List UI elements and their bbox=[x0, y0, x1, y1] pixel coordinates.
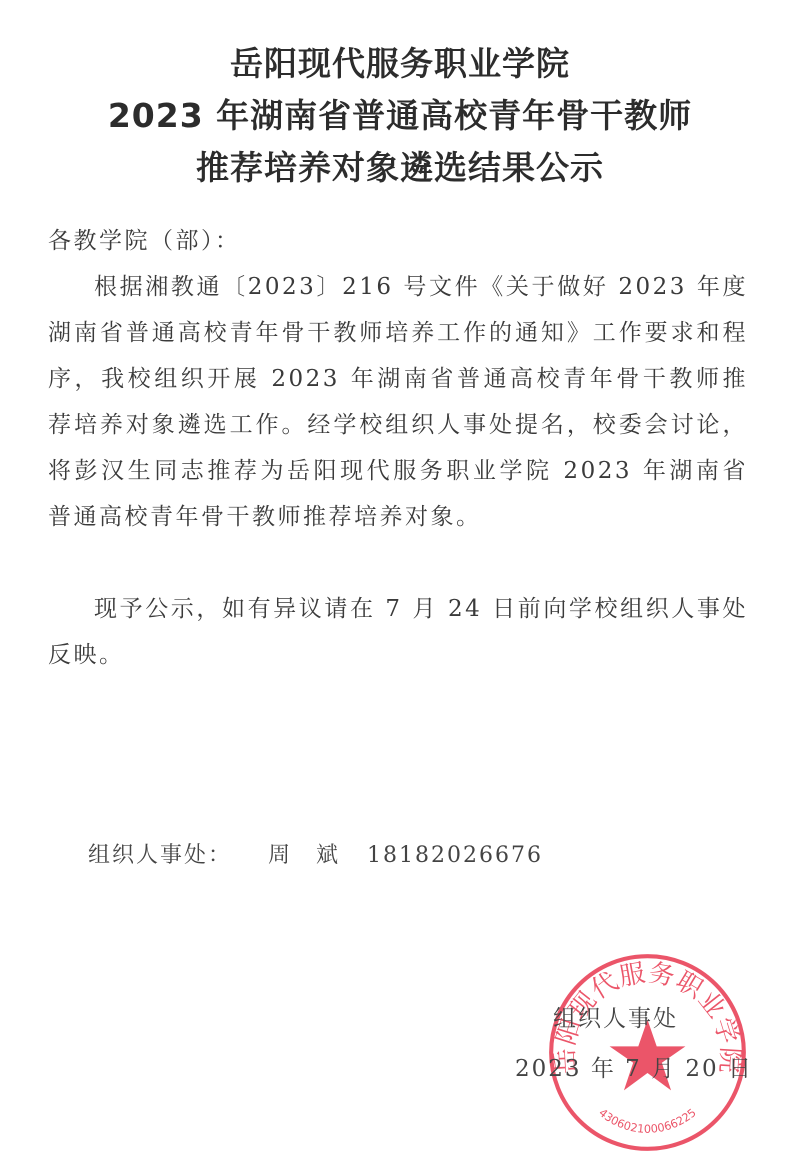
signature-department: 组织人事处 bbox=[553, 1000, 678, 1033]
title-line-1: 岳阳现代服务职业学院 bbox=[0, 44, 800, 84]
contact-line: 组织人事处： 周 斌 18182026676 bbox=[88, 838, 543, 869]
signature-date: 2023 年 7 月 20 日 bbox=[515, 1050, 753, 1083]
contact-phone: 18182026676 bbox=[367, 843, 543, 868]
title-line-3: 推荐培养对象遴选结果公示 bbox=[0, 148, 800, 188]
contact-label: 组织人事处： bbox=[88, 838, 232, 869]
paragraph-objection: 现予公示，如有异议请在 7 月 24 日前向学校组织人事处反映。 bbox=[48, 586, 748, 678]
svg-text:430602100066225: 430602100066225 bbox=[596, 1106, 698, 1136]
salutation: 各教学院（部）： bbox=[48, 218, 748, 264]
stamp-serial: 430602100066225 bbox=[596, 1106, 698, 1136]
paragraph-main: 根据湘教通〔2023〕216 号文件《关于做好 2023 年度湖南省普通高校青年… bbox=[48, 264, 748, 540]
title-line-2: 2023 年湖南省普通高校青年骨干教师 bbox=[0, 96, 800, 136]
contact-person: 周 斌 bbox=[268, 838, 340, 869]
